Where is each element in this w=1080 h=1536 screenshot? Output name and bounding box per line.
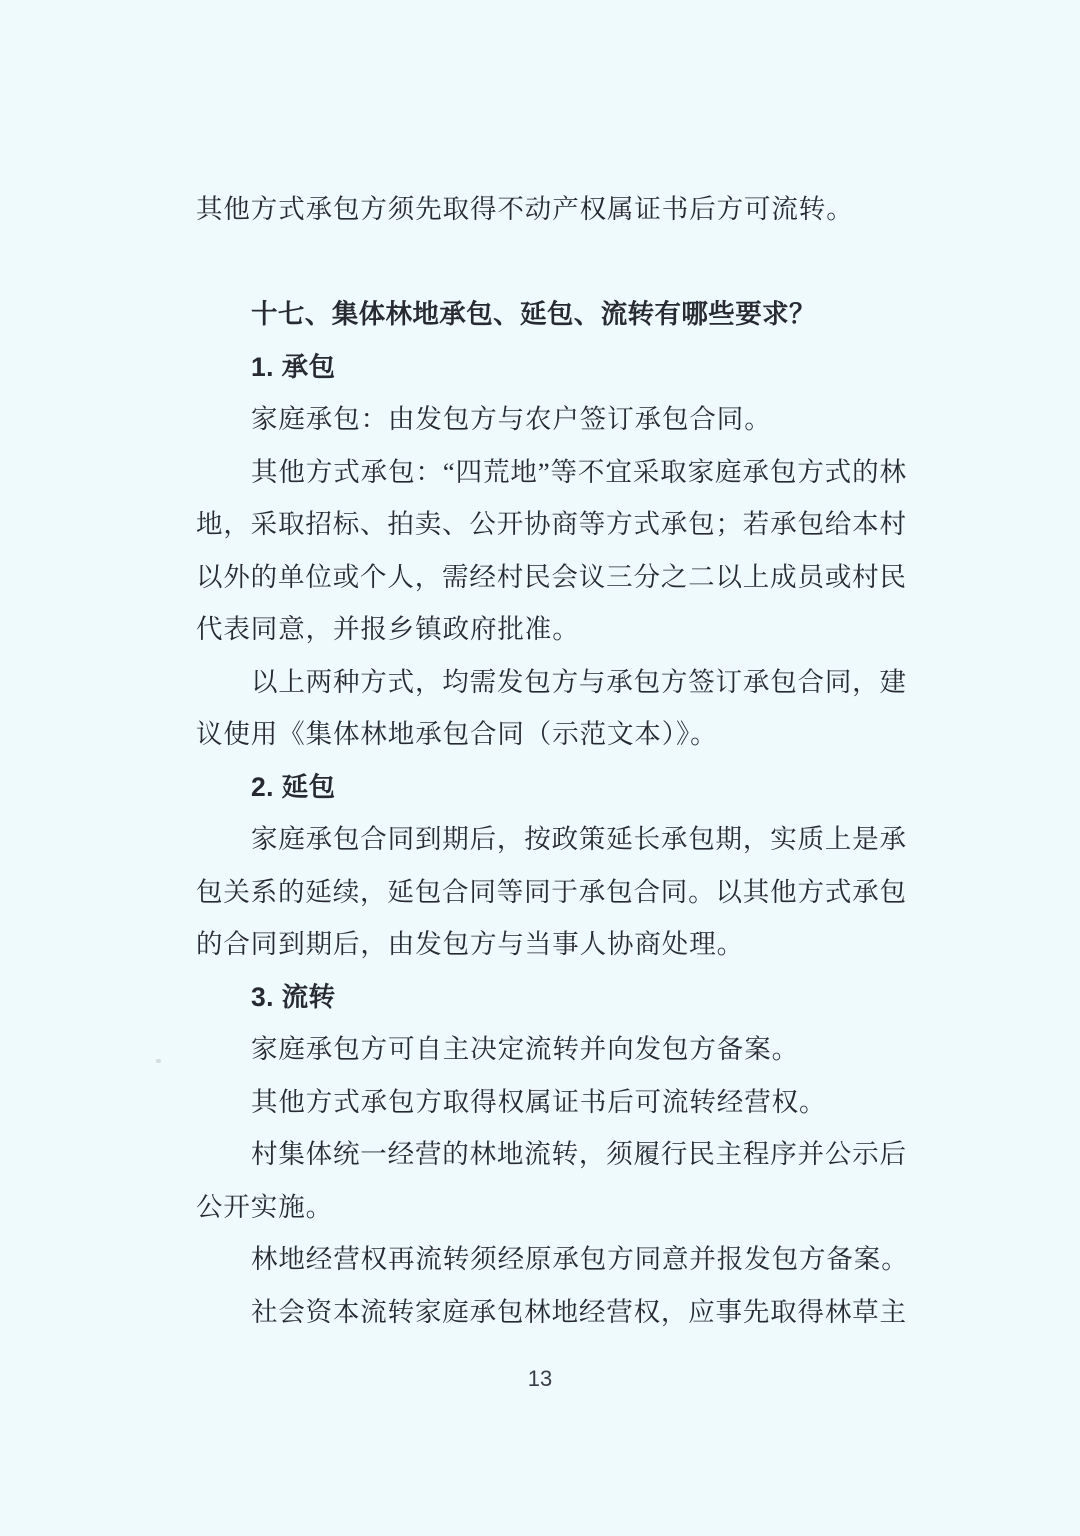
text-line: 其他方式承包方取得权属证书后可流转经营权。 [196, 1076, 906, 1129]
text-line: 以上两种方式，均需发包方与承包方签订承包合同，建 [196, 656, 906, 709]
text-line: 议使用《集体林地承包合同（示范文本）》。 [196, 708, 906, 761]
text-line: 社会资本流转家庭承包林地经营权，应事先取得林草主 [196, 1286, 906, 1339]
text-line: 家庭承包合同到期后，按政策延长承包期，实质上是承 [196, 813, 906, 866]
document-body: 其他方式承包方须先取得不动产权属证书后方可流转。 十七、集体林地承包、延包、流转… [196, 183, 906, 1338]
page-number: 13 [0, 1365, 1080, 1393]
subsection-heading-3: 3. 流转 [196, 971, 906, 1024]
text-line: 家庭承包：由发包方与农户签订承包合同。 [196, 393, 906, 446]
text-line: 地，采取招标、拍卖、公开协商等方式承包；若承包给本村 [196, 498, 906, 551]
section-heading: 十七、集体林地承包、延包、流转有哪些要求？ [196, 288, 906, 341]
subsection-heading-2: 2. 延包 [196, 761, 906, 814]
subsection-heading-1: 1. 承包 [196, 341, 906, 394]
text-line: 其他方式承包：“四荒地”等不宜采取家庭承包方式的林 [196, 446, 906, 499]
text-line: 林地经营权再流转须经原承包方同意并报发包方备案。 [196, 1233, 906, 1286]
scan-artifact [156, 1059, 161, 1063]
text-line: 代表同意，并报乡镇政府批准。 [196, 603, 906, 656]
blank-line [196, 236, 906, 289]
text-line: 包关系的延续，延包合同等同于承包合同。以其他方式承包 [196, 866, 906, 919]
text-line: 公开实施。 [196, 1181, 906, 1234]
text-line: 村集体统一经营的林地流转，须履行民主程序并公示后 [196, 1128, 906, 1181]
text-line: 的合同到期后，由发包方与当事人协商处理。 [196, 918, 906, 971]
text-line: 其他方式承包方须先取得不动产权属证书后方可流转。 [196, 183, 906, 236]
text-line: 家庭承包方可自主决定流转并向发包方备案。 [196, 1023, 906, 1076]
text-line: 以外的单位或个人，需经村民会议三分之二以上成员或村民 [196, 551, 906, 604]
document-page: 其他方式承包方须先取得不动产权属证书后方可流转。 十七、集体林地承包、延包、流转… [0, 0, 1080, 1536]
